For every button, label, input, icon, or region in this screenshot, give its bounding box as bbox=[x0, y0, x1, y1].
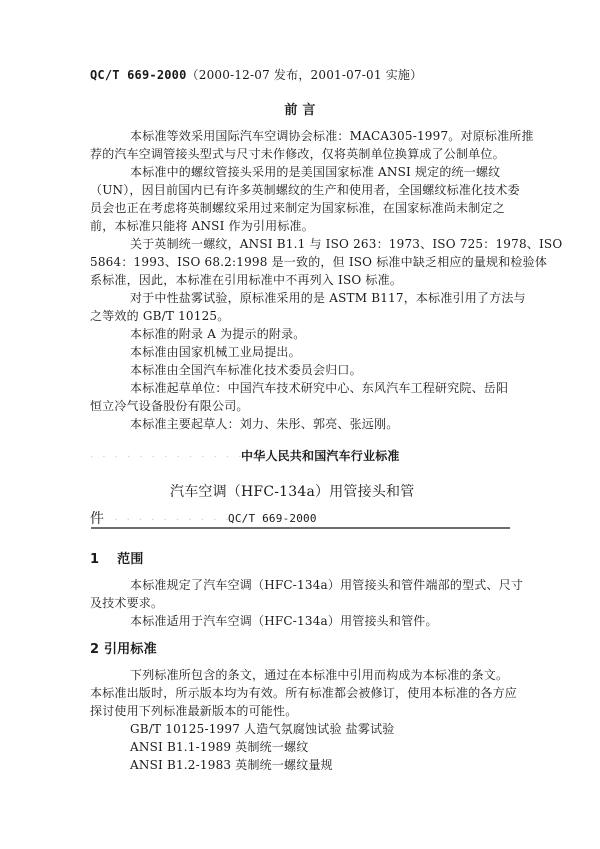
standard-header: QC/T 669-2000（2000-12-07 发布，2001-07-01 实… bbox=[90, 68, 510, 82]
org-name: 中华人民共和国汽车行业标准 bbox=[241, 449, 400, 463]
standard-title-line2: 件 · · · · · · · · · · · · · QC/T 669-200… bbox=[90, 512, 510, 526]
title-continuation: 件 bbox=[90, 511, 104, 527]
foreword-line: 本标准主要起草人：刘力、朱彤、郭亮、张远刚。 bbox=[130, 417, 510, 431]
section-divider bbox=[91, 527, 510, 529]
section-2-heading: 2 引用标准 bbox=[90, 643, 510, 657]
foreword-line: 本标准起草单位：中国汽车技术研究中心、东风汽车工程研究院、岳阳 bbox=[130, 381, 510, 395]
foreword-line: 本标准中的螺纹管接头采用的是美国国家标准 ANSI 规定的统一螺纹 bbox=[130, 165, 510, 179]
section-1-line: 及技术要求。 bbox=[90, 596, 510, 610]
section-2-line: 本标准出版时，所示版本均为有效。所有标准都会被修订，使用本标准的各方应 bbox=[90, 686, 510, 700]
foreword-line: 关于英制统一螺纹，ANSI B1.1 与 ISO 263：1973、ISO 72… bbox=[130, 237, 510, 251]
standard-title-line1: 汽车空调（HFC-134a）用管接头和管 bbox=[170, 484, 510, 500]
standard-code: QC/T 669-2000 bbox=[90, 68, 187, 82]
foreword-line: 之等效的 GB/T 10125。 bbox=[90, 309, 510, 323]
standard-dates: （2000-12-07 发布，2001-07-01 实施） bbox=[187, 68, 423, 82]
foreword-line: 员会也正在考虑将英制螺纹采用过来制定为国家标准，在国家标准尚未制定之 bbox=[90, 201, 510, 215]
foreword-line: 前，本标准只能将 ANSI 作为引用标准。 bbox=[90, 219, 510, 233]
section-2-line: 探讨使用下列标准最新版本的可能性。 bbox=[90, 704, 510, 718]
reference-item: ANSI B1.1-1989 英制统一螺纹 bbox=[130, 740, 510, 754]
document-page: QC/T 669-2000（2000-12-07 发布，2001-07-01 实… bbox=[0, 0, 600, 849]
org-line: · · · · · · · · · · · · · · · · 中华人民共和国汽… bbox=[90, 449, 510, 465]
reference-item: ANSI B1.2-1983 英制统一螺纹量规 bbox=[130, 758, 510, 772]
section-2-line: 下列标准所包含的条文，通过在本标准中引用而构成为本标准的条文。 bbox=[130, 668, 510, 682]
foreword-line: 本标准由全国汽车标准化技术委员会归口。 bbox=[130, 363, 510, 377]
foreword-line: 恒立冷气设备股份有限公司。 bbox=[90, 399, 510, 413]
foreword-line: 本标准由国家机械工业局提出。 bbox=[130, 345, 510, 359]
foreword-line: 5864：1993、ISO 68.2:1998 是一致的，但 ISO 标准中缺乏… bbox=[90, 255, 510, 269]
reference-item: GB/T 10125-1997 人造气氛腐蚀试验 盐雾试验 bbox=[130, 722, 510, 736]
section-1-line: 本标准适用于汽车空调（HFC-134a）用管接头和管件。 bbox=[130, 614, 510, 628]
foreword-line: 荐的汽车空调管接头型式与尺寸未作修改，仅将英制单位换算成了公制单位。 bbox=[90, 147, 510, 161]
foreword-line: 系标准，因此，本标准在引用标准中不再列入 ISO 标准。 bbox=[90, 273, 510, 287]
section-1-line: 本标准规定了汽车空调（HFC-134a）用管接头和管件端部的型式、尺寸 bbox=[130, 578, 510, 592]
foreword-line: 本标准等效采用国际汽车空调协会标准：MACA305-1997。对原标准所推 bbox=[130, 129, 510, 143]
foreword-line: 本标准的附录 A 为提示的附录。 bbox=[130, 327, 510, 341]
section-1-heading: 1 范围 bbox=[90, 553, 510, 567]
title-code: QC/T 669-2000 bbox=[228, 512, 317, 526]
foreword-line: （UN），因目前国内已有许多英制螺纹的生产和使用者，全国螺纹标准化技术委 bbox=[90, 183, 510, 197]
foreword-title: 前 言 bbox=[90, 104, 510, 118]
foreword-line: 对于中性盐雾试验，原标准采用的是 ASTM B117，本标准引用了方法与 bbox=[130, 291, 510, 305]
